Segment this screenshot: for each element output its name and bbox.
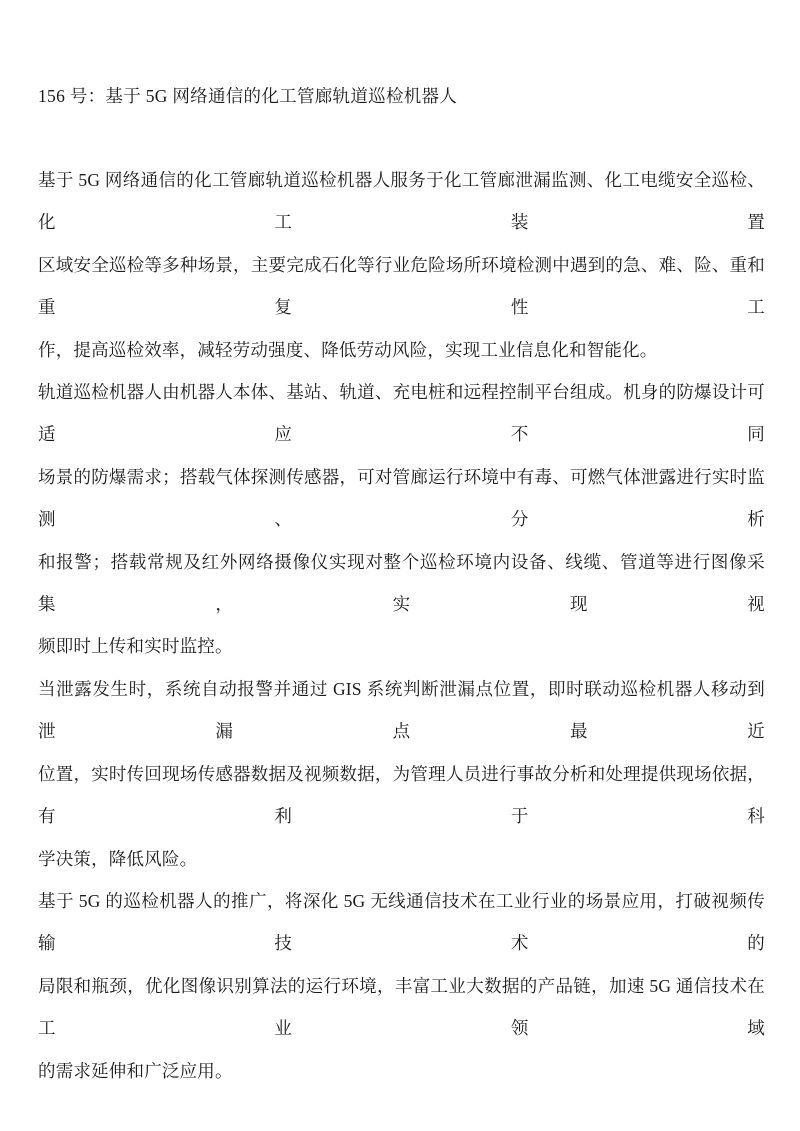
text-line: 场景的防爆需求；搭载气体探测传感器，可对管廊运行环境中有毒、可燃气体泄露进行实时… xyxy=(38,456,765,541)
document-page: 156 号：基于 5G 网络通信的化工管廊轨道巡检机器人 基于 5G 网络通信的… xyxy=(0,0,800,1131)
paragraph: 轨道巡检机器人由机器人本体、基站、轨道、充电桩和远程控制平台组成。机身的防爆设计… xyxy=(38,371,765,668)
document-title: 156 号：基于 5G 网络通信的化工管廊轨道巡检机器人 xyxy=(38,75,765,117)
paragraph: 基于 5G 的巡检机器人的推广，将深化 5G 无线通信技术在工业行业的场景应用，… xyxy=(38,880,765,1092)
text-line: 位置，实时传回现场传感器数据及视频数据，为管理人员进行事故分析和处理提供现场依据… xyxy=(38,753,765,838)
paragraph: 基于 5G 网络通信的化工管廊轨道巡检机器人服务于化工管廊泄漏监测、化工电缆安全… xyxy=(38,159,765,371)
text-line: 局限和瓶颈，优化图像识别算法的运行环境，丰富工业大数据的产品链，加速 5G 通信… xyxy=(38,965,765,1050)
text-line: 学决策，降低风险。 xyxy=(38,838,765,880)
text-line: 作，提高巡检效率，减轻劳动强度、降低劳动风险，实现工业信息化和智能化。 xyxy=(38,329,765,371)
text-line: 频即时上传和实时监控。 xyxy=(38,625,765,667)
text-line: 基于 5G 网络通信的化工管廊轨道巡检机器人服务于化工管廊泄漏监测、化工电缆安全… xyxy=(38,159,765,244)
text-line: 和报警；搭载常规及红外网络摄像仪实现对整个巡检环境内设备、线缆、管道等进行图像采… xyxy=(38,541,765,626)
paragraph: 当泄露发生时，系统自动报警并通过 GIS 系统判断泄漏点位置，即时联动巡检机器人… xyxy=(38,668,765,880)
text-line: 的需求延伸和广泛应用。 xyxy=(38,1050,765,1092)
text-line: 当泄露发生时，系统自动报警并通过 GIS 系统判断泄漏点位置，即时联动巡检机器人… xyxy=(38,668,765,753)
text-line: 区域安全巡检等多种场景，主要完成石化等行业危险场所环境检测中遇到的急、难、险、重… xyxy=(38,244,765,329)
document-body: 基于 5G 网络通信的化工管廊轨道巡检机器人服务于化工管廊泄漏监测、化工电缆安全… xyxy=(38,159,765,1092)
text-line: 基于 5G 的巡检机器人的推广，将深化 5G 无线通信技术在工业行业的场景应用，… xyxy=(38,880,765,965)
text-line: 轨道巡检机器人由机器人本体、基站、轨道、充电桩和远程控制平台组成。机身的防爆设计… xyxy=(38,371,765,456)
